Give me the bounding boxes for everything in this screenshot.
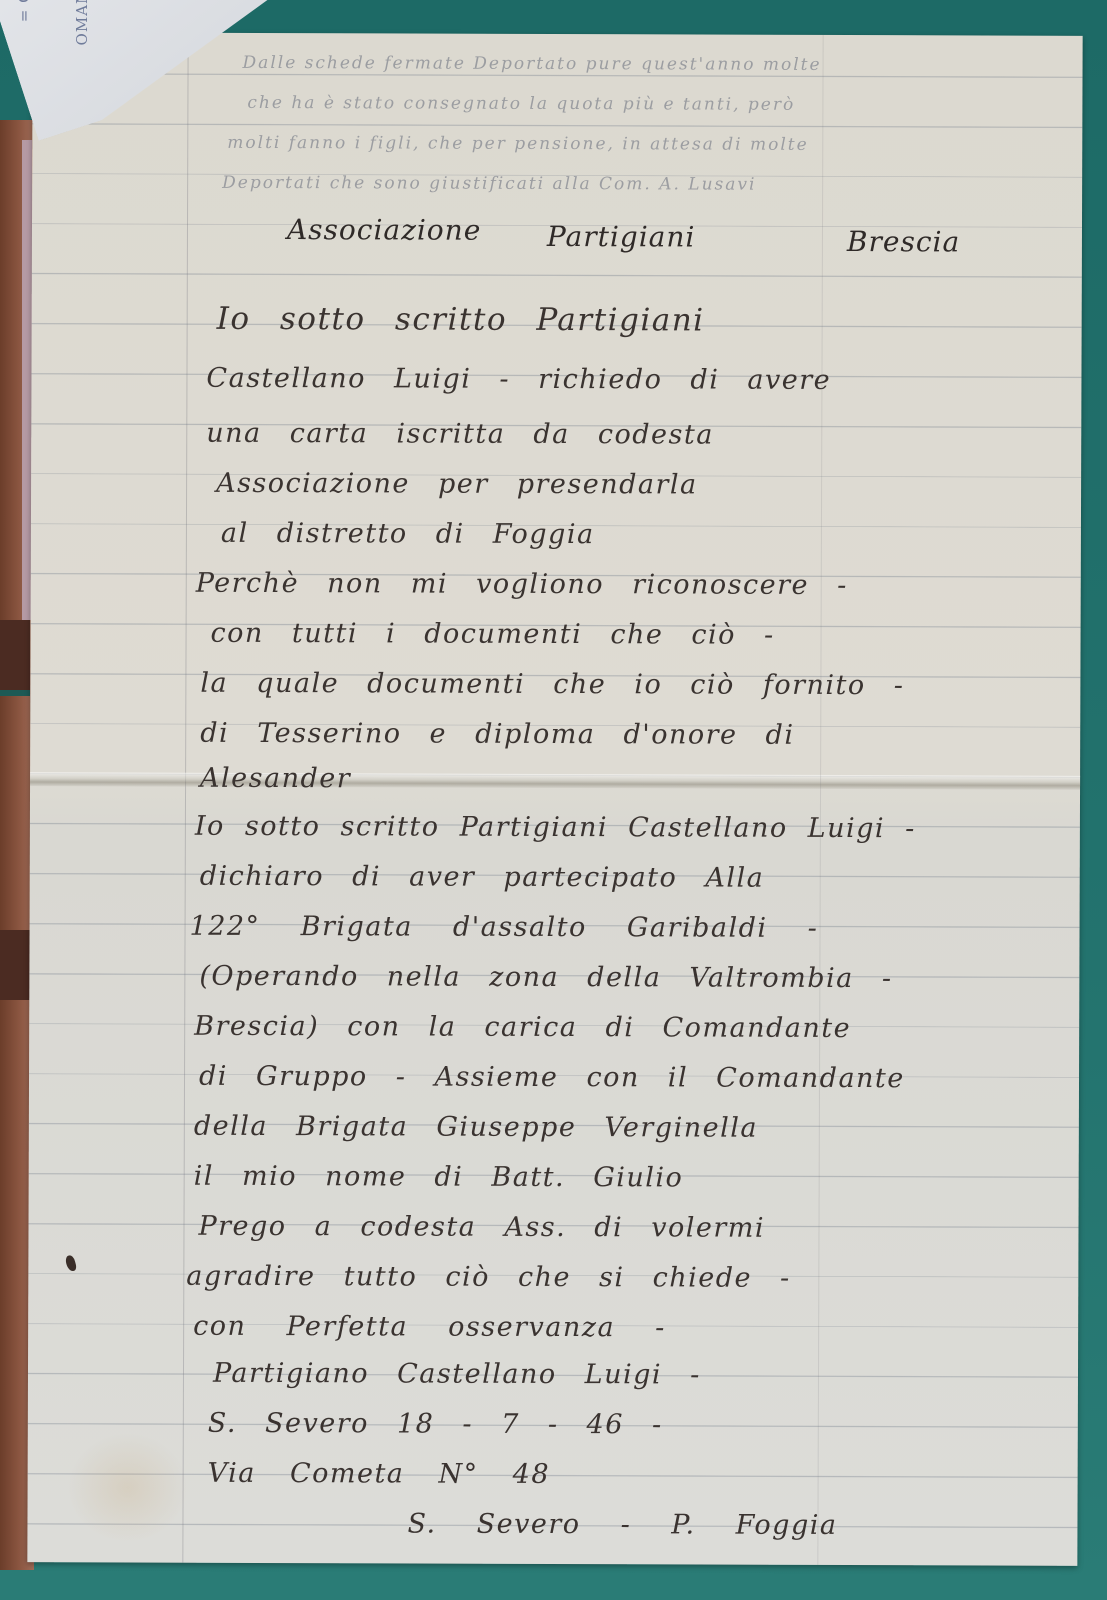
letter-sheet: Dalle schede fermate Deportato pure ques… — [27, 32, 1082, 1566]
text-line: Perchè non mi vogliono riconoscere - — [196, 568, 848, 601]
text-line: Alesander — [200, 763, 351, 795]
pencil-line: Deportati che sono giustificati alla Com… — [222, 173, 756, 195]
pencil-line: che ha è stato consegnato la quota più e… — [247, 93, 795, 115]
text-line: il mio nome di Batt. Giulio — [194, 1161, 684, 1194]
heading-city: Brescia — [847, 225, 960, 258]
text-line: 122° Brigata d'assalto Garibaldi - — [189, 911, 818, 944]
text-line: la quale documenti che io ciò fornito - — [200, 668, 904, 701]
stamp-text: OMANDO — [73, 0, 91, 45]
photo-scene: Dalle schede fermate Deportato pure ques… — [0, 0, 1107, 1600]
text-line: Io sotto scritto Partigiani — [217, 301, 705, 339]
heading-association: Associazione — [287, 213, 481, 247]
text-line: Castellano Luigi - richiedo di avere — [206, 363, 831, 396]
pencil-line: Dalle schede fermate Deportato pure ques… — [243, 53, 822, 75]
text-line: Io sotto scritto Partigiani Castellano L… — [195, 811, 916, 845]
folder-gap — [0, 690, 30, 696]
text-line: Brescia) con la carica di Comandante — [194, 1011, 851, 1044]
text-line: agradire tutto ciò che si chiede - — [186, 1261, 790, 1294]
signature-name: Partigiano Castellano Luigi - — [213, 1358, 701, 1391]
folder-notch — [0, 930, 30, 1000]
signature-city: S. Severo - P. Foggia — [407, 1508, 837, 1541]
ink-blot — [64, 1254, 77, 1272]
text-line: con Perfetta osservanza - — [193, 1311, 666, 1344]
folder-notch — [0, 620, 30, 690]
text-line: (Operando nella zona della Valtrombia - — [199, 961, 892, 994]
text-line: al distretto di Foggia — [221, 518, 595, 550]
paper-fold-crease — [30, 772, 1080, 790]
text-line: di Gruppo - Assieme con il Comandante — [199, 1061, 905, 1094]
text-line: una carta iscritta da codesta — [206, 418, 714, 451]
signature-place-date: S. Severo 18 - 7 - 46 - — [208, 1408, 663, 1441]
text-line: dichiaro di aver partecipato Alla — [200, 861, 765, 894]
paper-stain — [67, 1432, 187, 1542]
text-line: Prego a codesta Ass. di volermi — [198, 1211, 765, 1244]
stamp-text: = COMU — [15, 0, 33, 22]
text-line: della Brigata Giuseppe Verginella — [194, 1111, 758, 1144]
pencil-line: molti fanno i figli, che per pensione, i… — [227, 133, 808, 155]
text-line: con tutti i documenti che ciò - — [211, 618, 775, 651]
text-line: Associazione per presendarla — [216, 468, 698, 501]
signature-address: Via Cometa N° 48 — [208, 1458, 551, 1490]
text-line: di Tesserino e diploma d'onore di — [200, 718, 794, 751]
heading-partisans: Partigiani — [547, 220, 696, 254]
